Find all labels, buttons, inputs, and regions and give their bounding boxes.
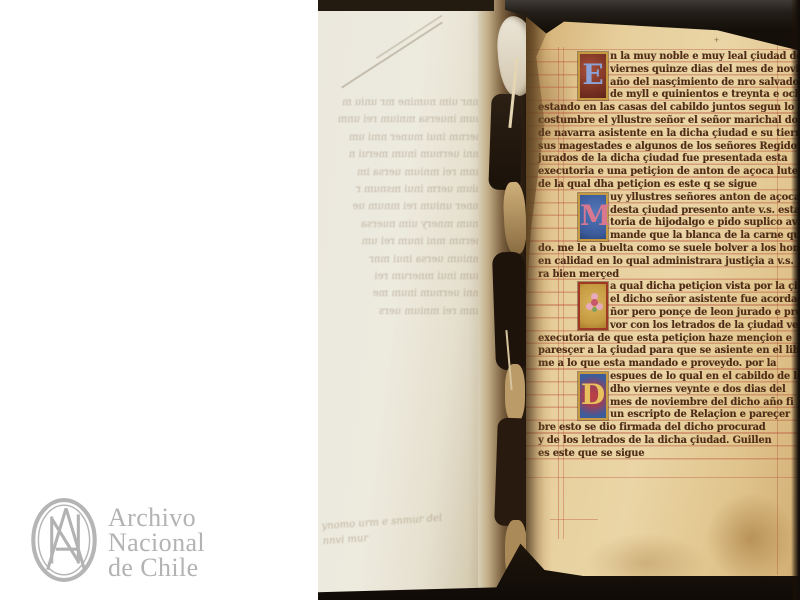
manuscript-line: de myll e quinientos e treynta e ocho añ (526, 89, 800, 102)
manuscript-text-block: En la muy noble e muy leal çiudad de Sev… (526, 51, 800, 461)
manuscript-line: n la muy noble e muy leal çiudad de Sevi (526, 51, 800, 64)
bleedthrough-line: nium uerm inui msnum r (320, 181, 482, 198)
spine-leather-strap (492, 251, 528, 370)
manuscript-line: desta çiudad presento ante v.s. esta ca (526, 205, 800, 218)
manuscript-line: espues de lo qual en el cabildo de la (526, 371, 800, 384)
illuminated-initial-D: D (578, 372, 608, 420)
manuscript-line: me a lo que esta mandado e proveydo. por… (526, 358, 800, 371)
archive-monogram-icon (28, 496, 100, 584)
right-page: + En la muy noble e muy leal çiudad de S… (526, 3, 800, 597)
bleedthrough-line: mni uernum inum merui n (320, 146, 482, 163)
left-page: mnr uim numine mr uniu mnum inuersa mniu… (318, 2, 494, 598)
bleedthrough-line: uernm mni inum rei um (320, 233, 482, 250)
bleedthrough-line: mnr uim numine mr uniu m (320, 94, 482, 111)
manuscript-line: ñor pero ponçe de leon jurado e procur (526, 307, 800, 320)
manuscript-line: mes de noviembre del dicho año fi (526, 397, 800, 410)
manuscript-line: vor con los letrados de la çiudad vean (526, 320, 800, 333)
bleedthrough-line: uernm inui muner nmi um (320, 129, 482, 146)
spine-leather-strap (494, 417, 530, 526)
manuscript-line: el dicho señor asistente fue acordado q (526, 294, 800, 307)
manuscript-line: uy yllustres señores anton de açoca ve (526, 192, 800, 205)
manuscript-block: Muy yllustres señores anton de açoca ved… (526, 192, 800, 282)
archive-name-line2: Nacional (108, 530, 205, 555)
bleedthrough-text: mnr uim numine mr uniu mnum inuersa mniu… (320, 94, 482, 320)
margin-mark: + (714, 35, 719, 45)
manuscript-line: en calidad en lo qual administrara justi… (526, 256, 800, 269)
manuscript-photo: mnr uim numine mr uniu mnum inuersa mniu… (318, 0, 800, 600)
manuscript-line: jurados de la dicha çiudad fue presentad… (526, 153, 800, 166)
archive-name-line1: Archivo (108, 505, 205, 530)
manuscript-block: Despues de lo qual en el cabildo de ladh… (526, 371, 800, 461)
manuscript-line: a qual dicha petiçion vista por la çiuda… (526, 281, 800, 294)
manuscript-line: estando en las casas del cabildo juntos … (526, 102, 800, 115)
manuscript-line: mande que la blanca de la carne que me (526, 230, 800, 243)
bleedthrough-line: inum mnery uim nuersa (320, 216, 482, 233)
manuscript-block: En la muy noble e muy leal çiudad de Sev… (526, 51, 800, 192)
cover-edge-top-left (318, 0, 494, 11)
bleedthrough-line: mni uernum inum me (320, 285, 482, 302)
flower-ornament (591, 299, 598, 306)
illuminated-initial-L: L (578, 282, 608, 330)
illuminated-initial-E: E (578, 52, 608, 100)
archive-name: Archivo Nacional de Chile (108, 496, 205, 580)
bleedthrough-line: unm rei mnium uers (320, 303, 482, 320)
manuscript-line: executoria e una petiçion de anton de aç… (526, 166, 800, 179)
photo-right-edge (791, 0, 800, 600)
manuscript-block: La qual dicha petiçion vista por la çiud… (526, 281, 800, 371)
archive-watermark: Archivo Nacional de Chile (28, 496, 205, 584)
bleedthrough-line: mnium uersa inui mnr (320, 251, 482, 268)
parchment-scratch (376, 15, 442, 59)
parchment-stain (706, 493, 796, 583)
ruling-line (526, 477, 800, 478)
manuscript-line: costumbre el yllustre señor el señor mar… (526, 115, 800, 128)
spine-cord (502, 181, 528, 254)
bleedthrough-line: num inuersa mnium rei unm (320, 111, 482, 128)
illuminated-initial-M: M (578, 193, 608, 241)
manuscript-line: un escripto de Relaçion e pareçer (526, 409, 800, 422)
bleedthrough-line: mner unium rei mnum ue (320, 198, 482, 215)
manuscript-line: toria de hijodalgo e pido suplico avra (526, 217, 800, 230)
spine-leather-strap (488, 93, 523, 190)
manuscript-line: de navarra asistente en la dicha çiudad … (526, 128, 800, 141)
bleedthrough-line: unm rei mnium uersa im (320, 164, 482, 181)
manuscript-line: sus magestades e algunos de los señores … (526, 141, 800, 154)
manuscript-line: ra bien merçed (526, 269, 800, 282)
manuscript-line: executoria de que esta petiçion haze men… (526, 333, 800, 346)
archive-photo-page: Archivo Nacional de Chile mnr uim numine… (0, 0, 800, 600)
manuscript-line: es este que se sigue (526, 448, 800, 461)
spine-cord (505, 364, 525, 422)
archive-name-line3: de Chile (108, 555, 205, 580)
manuscript-line: de la qual dha petiçion es este q se sig… (526, 179, 800, 192)
manuscript-line: dho viernes veynte e dos dias del (526, 384, 800, 397)
manuscript-line: y de los letrados de la dicha çiudad. Gu… (526, 435, 800, 448)
manuscript-line: do. me le a buelta como se suele bolver … (526, 243, 800, 256)
faint-scrawl: ynomo urm e snmur delnnvi mur (321, 509, 473, 549)
manuscript-line: año del nasçimiento de nro salvador ihu (526, 77, 800, 90)
ruling-line (550, 519, 598, 520)
manuscript-line: viernes quinze dias del mes de noviem (526, 64, 800, 77)
manuscript-line: paresçer a la çiudad para que se asiente… (526, 345, 800, 358)
parchment-scratch (341, 21, 443, 88)
bleedthrough-line: num inui mnerum rei (320, 268, 482, 285)
manuscript-line: bre esto se dio firmada del dicho procur… (526, 422, 800, 435)
